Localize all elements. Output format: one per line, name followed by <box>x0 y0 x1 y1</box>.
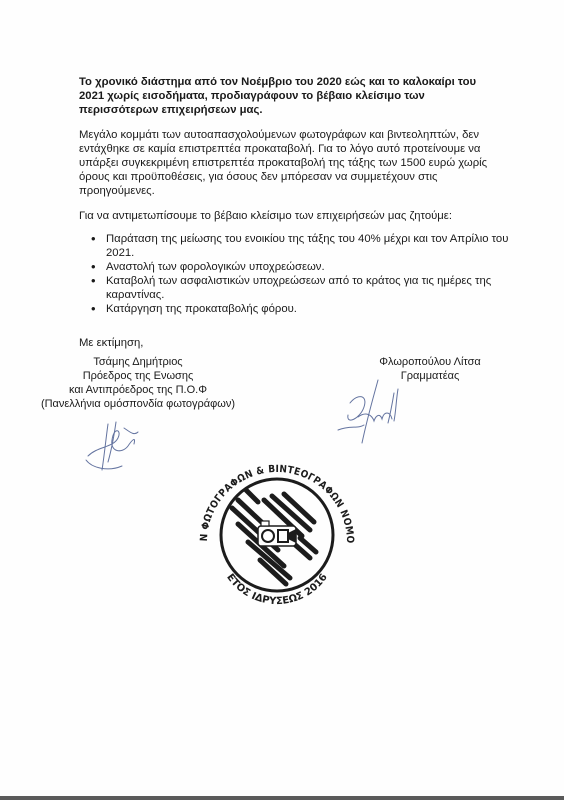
signatory-role: και Αντιπρόεδρος της Π.Ο.Φ <box>38 383 238 397</box>
signatory-name: Φλωροπούλου Λίτσα <box>355 355 505 369</box>
request-item: Παράταση της μείωσης του ενοικίου της τά… <box>106 232 526 260</box>
scan-edge <box>0 796 564 800</box>
paragraph-demands-intro: Για να αντιμετωπίσουμε το βέβαιο κλείσιμ… <box>79 209 499 223</box>
signature-left-icon <box>78 418 158 478</box>
request-item: Καταβολή των ασφαλιστικών υποχρεώσεων απ… <box>106 274 526 302</box>
signatory-role: Πρόεδρος της Ενωσης <box>38 369 238 383</box>
union-stamp-icon: ΕΝΩΣΗ ΕΠΑΓΓΕΛΜΑΤΙΩΝ ΦΩΤΟΓΡΑΦΩΝ & ΒΙΝΤΕΟΓ… <box>160 430 395 630</box>
signatory-left: Τσάμης Δημήτριος Πρόεδρος της Ενωσης και… <box>38 355 238 411</box>
svg-text:ΕΝΩΣΗ ΕΠΑΓΓΕΛΜΑΤΙΩΝ ΦΩΤΟΓΡΑΦΩΝ: ΕΝΩΣΗ ΕΠΑΓΓΕΛΜΑΤΙΩΝ ΦΩΤΟΓΡΑΦΩΝ & ΒΙΝΤΕΟΓ… <box>160 430 355 544</box>
letter-page: Το χρονικό διάστημα από τον Νοέμβριο του… <box>0 0 564 796</box>
signatory-role: (Πανελλήνια ομόσπονδία φωτογράφων) <box>38 397 238 411</box>
request-item: Αναστολή των φορολογικών υποχρεώσεων. <box>106 260 526 274</box>
paragraph-prepayment: Μεγάλο κομμάτι των αυτοαπασχολούμενων φω… <box>79 128 499 198</box>
requests-list: Παράταση της μείωσης του ενοικίου της τά… <box>79 232 526 316</box>
request-item: Κατάργηση της προκαταβολής φόρου. <box>106 302 526 316</box>
signatory-name: Τσάμης Δημήτριος <box>38 355 238 369</box>
stamp-ring-text: ΕΝΩΣΗ ΕΠΑΓΓΕΛΜΑΤΙΩΝ ΦΩΤΟΓΡΑΦΩΝ & ΒΙΝΤΕΟΓ… <box>160 430 355 544</box>
intro-paragraph: Το χρονικό διάστημα από τον Νοέμβριο του… <box>79 75 499 117</box>
closing-salutation: Με εκτίμηση, <box>79 337 143 349</box>
